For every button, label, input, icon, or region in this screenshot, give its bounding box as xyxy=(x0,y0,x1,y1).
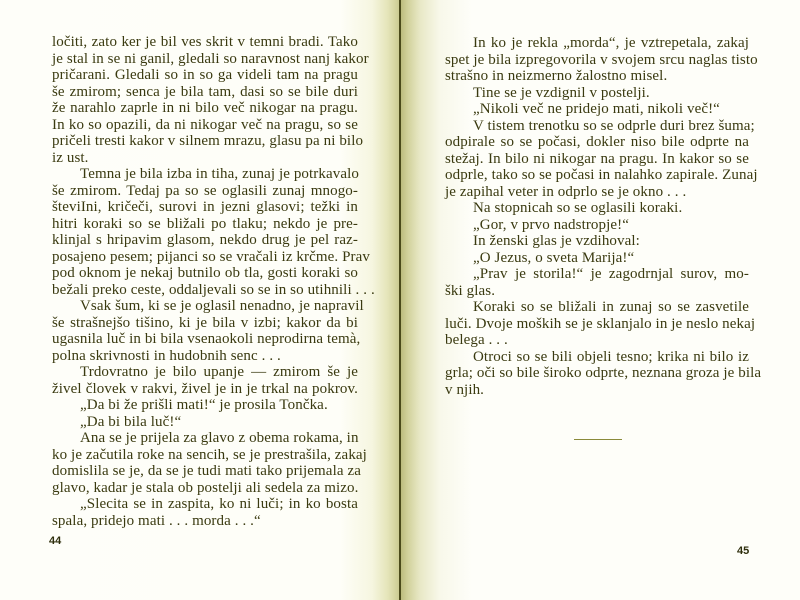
text-line: je zapihal veter in odprlo se je okno . … xyxy=(445,184,749,201)
text-line: „Slecita se in zaspita, ko ni luči; in k… xyxy=(52,496,358,513)
text-line: klinjal s hripavim glasom, nekdo drug je… xyxy=(52,232,358,249)
text-line: Na stopnicah so se oglasili koraki. xyxy=(445,200,749,217)
text-line: domislila se je, da se je tudi mati tako… xyxy=(52,463,358,480)
text-line: ški glas. xyxy=(445,283,749,300)
left-page-text: ločiti, zato ker je bil ves skrit v temn… xyxy=(52,34,358,529)
book-spine xyxy=(399,0,401,600)
text-line: hitri koraki so se bližali po tlaku; nek… xyxy=(52,216,358,233)
text-line: Trdovratno je bilo upanje — zmirom še je xyxy=(52,364,358,381)
text-line: še strašnejšo tišino, ki je bila v izbi;… xyxy=(52,315,358,332)
text-line: bežali preko ceste, oddaljevali so se in… xyxy=(52,282,358,299)
text-line: Otroci so se bili objeli tesno; krika ni… xyxy=(445,349,749,366)
text-line: še zmirom; senca je bila tam, dasi so se… xyxy=(52,84,358,101)
text-line: luči. Dvoje moških se je sklanjalo in je… xyxy=(445,316,749,333)
text-line: je stal in se ni ganil, gledali so narav… xyxy=(52,51,358,68)
right-page-text: In ko je rekla „morda“, je vztrepetala, … xyxy=(445,35,749,398)
text-line: „Prav je storila!“ je zagodrnjal surov, … xyxy=(445,266,749,283)
page-number-left: 44 xyxy=(49,535,61,547)
text-line: še zmirom. Tedaj pa so se oglasili zunaj… xyxy=(52,183,358,200)
section-separator xyxy=(574,439,622,440)
text-line: pričeli tresti kakor v silnem mrazu, gla… xyxy=(52,133,358,150)
text-line: „Da bi bila luč!“ xyxy=(52,414,358,431)
text-line: iz ust. xyxy=(52,150,358,167)
text-line: ugasnila luč in bi bila vsenaokoli nepro… xyxy=(52,331,358,348)
text-line: „Da bi že prišli mati!“ je prosila Tončk… xyxy=(52,397,358,414)
text-line: pričarani. Gledali so in so ga videli ta… xyxy=(52,67,358,84)
text-line: In ženski glas je vzdihoval: xyxy=(445,233,749,250)
text-line: števiIni, kričeči, surovi in jezni glaso… xyxy=(52,199,358,216)
text-line: odpirale so se počasi, dokler niso bile … xyxy=(445,134,749,151)
text-line: Temna je bila izba in tiha, zunaj je pot… xyxy=(52,166,358,183)
text-line: strašno in neizmerno žalostno misel. xyxy=(445,68,749,85)
left-page: ločiti, zato ker je bil ves skrit v temn… xyxy=(0,0,400,600)
text-line: Tine se je vzdignil v postelji. xyxy=(445,85,749,102)
text-line: stežaj. In bilo ni nikogar na pragu. In … xyxy=(445,151,749,168)
text-line: glavo, kadar je stala ob postelji ali se… xyxy=(52,480,358,497)
text-line: In ko so opazili, da ni nikogar več na p… xyxy=(52,117,358,134)
text-line: polna skrivnosti in hudobnih senc . . . xyxy=(52,348,358,365)
text-line: Koraki so se bližali in zunaj so se zasv… xyxy=(445,299,749,316)
text-line: Vsak šum, ki se je oglasil nenadno, je n… xyxy=(52,298,358,315)
text-line: že narahlo zaprle in ni bilo več nikogar… xyxy=(52,100,358,117)
page-number-right: 45 xyxy=(737,545,749,557)
text-line: In ko je rekla „morda“, je vztrepetala, … xyxy=(445,35,749,52)
text-line: v njih. xyxy=(445,382,749,399)
book-spread: ločiti, zato ker je bil ves skrit v temn… xyxy=(0,0,800,600)
text-line: „Gor, v prvo nadstropje!“ xyxy=(445,217,749,234)
text-line: posajeno pesem; pijanci so se vračali iz… xyxy=(52,249,358,266)
text-line: ločiti, zato ker je bil ves skrit v temn… xyxy=(52,34,358,51)
text-line: V tistem trenotku so se odprle duri brez… xyxy=(445,118,749,135)
text-line: živel človek v rakvi, živel je in je trk… xyxy=(52,381,358,398)
text-line: spala, pridejo mati . . . morda . . .“ xyxy=(52,513,358,530)
text-line: Ana se je prijela za glavo z obema rokam… xyxy=(52,430,358,447)
text-line: „Nikoli več ne pridejo mati, nikoli več!… xyxy=(445,101,749,118)
text-line: grla; oči so bile široko odprte, neznana… xyxy=(445,365,749,382)
text-line: odprle, tako so se počasi in nalahko zap… xyxy=(445,167,749,184)
text-line: „O Jezus, o sveta Marija!“ xyxy=(445,250,749,267)
text-line: belega . . . xyxy=(445,332,749,349)
text-line: ko je začutila roke na sencih, se je pre… xyxy=(52,447,358,464)
text-line: spet je bila izpregovorila v svojem srcu… xyxy=(445,52,749,69)
text-line: pod oknom je nekaj butnilo ob tla, gosti… xyxy=(52,265,358,282)
